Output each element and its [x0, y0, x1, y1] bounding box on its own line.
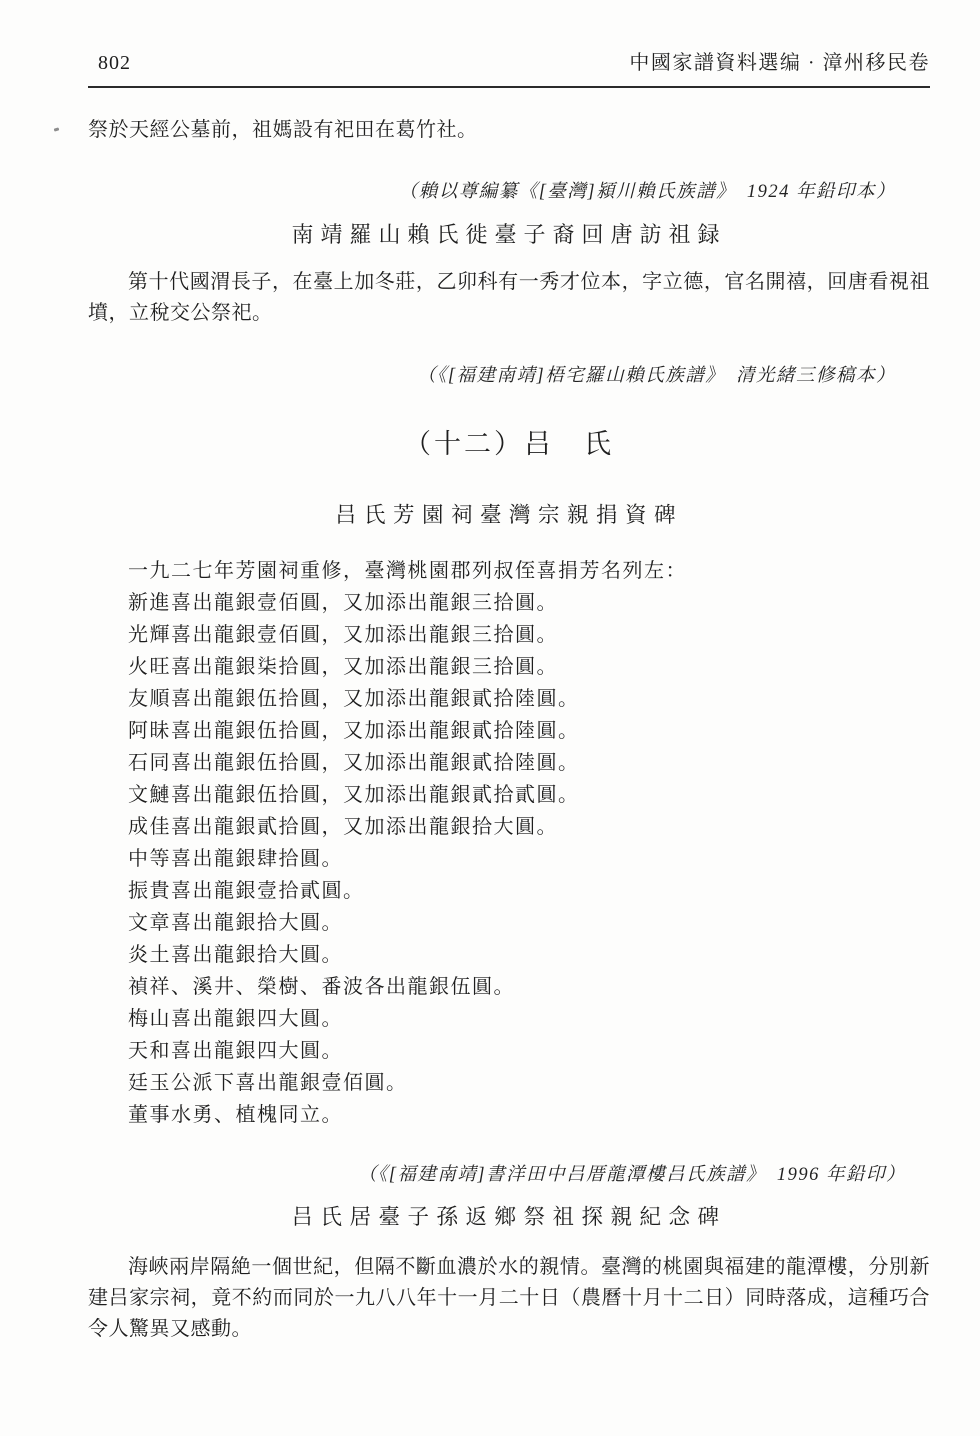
donation-line: 梅山喜出龍銀四大圓。	[128, 1003, 930, 1035]
donation-line: 董事水勇、植槐同立。	[128, 1099, 930, 1131]
donation-line: 文鰱喜出龍銀伍拾圓，又加添出龍銀貳拾貳圓。	[128, 779, 930, 811]
donation-line: 振貴喜出龍銀壹拾貳圓。	[128, 875, 930, 907]
donation-line: 友順喜出龍銀伍拾圓，又加添出龍銀貳拾陸圓。	[128, 683, 930, 715]
donation-line: 中等喜出龍銀肆拾圓。	[128, 843, 930, 875]
donation-line: 光輝喜出龍銀壹佰圓，又加添出龍銀三拾圓。	[128, 619, 930, 651]
lai-record-title: 南靖羅山賴氏徙臺子裔回唐訪祖録	[88, 218, 930, 252]
page-number: 802	[98, 52, 131, 75]
donation-line: 石同喜出龍銀伍拾圓，又加添出龍銀貳拾陸圓。	[128, 747, 930, 779]
donation-line: 阿昧喜出龍銀伍拾圓，又加添出龍銀貳拾陸圓。	[128, 715, 930, 747]
donation-line: 火旺喜出龍銀柒拾圓，又加添出龍銀三拾圓。	[128, 651, 930, 683]
source-citation-1: （賴以尊編纂《[臺灣]潁川賴氏族譜》 1924 年鉛印本）	[88, 177, 930, 203]
source-citation-3: （《[福建南靖]書洋田中吕厝龍潭樓吕氏族譜》 1996 年鉛印）	[88, 1160, 930, 1186]
donation-intro-line: 一九二七年芳園祠重修，臺灣桃園郡列叔侄喜捐芳名列左：	[128, 555, 930, 587]
donation-line: 廷玉公派下喜出龍銀壹佰圓。	[128, 1067, 930, 1099]
donation-line: 炎土喜出龍銀拾大圓。	[128, 939, 930, 971]
intro-paragraph: 祭於天經公墓前，祖媽設有祀田在葛竹社。	[88, 115, 930, 146]
lv-clan-chapter-title: （十二）吕 氏	[88, 424, 930, 464]
donation-line: 新進喜出龍銀壹佰圓，又加添出龍銀三拾圓。	[128, 587, 930, 619]
donation-list: 新進喜出龍銀壹佰圓，又加添出龍銀三拾圓。光輝喜出龍銀壹佰圓，又加添出龍銀三拾圓。…	[128, 587, 930, 1131]
book-title: 中國家譜資料選编 · 漳州移民卷	[629, 46, 930, 75]
header-rule	[88, 86, 930, 88]
book-page: 802 中國家譜資料選编 · 漳州移民卷 祭於天經公墓前，祖媽設有祀田在葛竹社。…	[0, 0, 980, 1436]
stele-title-donation: 吕氏芳園祠臺灣宗親捐資碑	[88, 499, 930, 531]
source-citation-2: （《[福建南靖]梧宅羅山賴氏族譜》 清光緒三修稿本）	[88, 361, 930, 387]
stele-title-memorial: 吕氏居臺子孫返鄉祭祖探親紀念碑	[88, 1201, 930, 1233]
lai-record-paragraph: 第十代國渭長子，在臺上加冬莊，乙卯科有一秀才位本，字立德，官名開禧，回唐看視祖墳…	[88, 267, 930, 329]
running-head: 802 中國家譜資料選编 · 漳州移民卷	[88, 46, 930, 75]
donation-line: 禎祥、溪井、榮樹、番波各出龍銀伍圓。	[128, 971, 930, 1003]
donation-line: 成佳喜出龍銀貳拾圓，又加添出龍銀拾大圓。	[128, 811, 930, 843]
donation-line: 文章喜出龍銀拾大圓。	[128, 907, 930, 939]
donation-block: 一九二七年芳園祠重修，臺灣桃園郡列叔侄喜捐芳名列左： 新進喜出龍銀壹佰圓，又加添…	[88, 555, 930, 1131]
memorial-paragraph: 海峽兩岸隔絶一個世紀，但隔不斷血濃於水的親情。臺灣的桃園與福建的龍潭樓，分別新建…	[88, 1252, 930, 1345]
scan-speck-mark	[54, 127, 60, 131]
donation-line: 天和喜出龍銀四大圓。	[128, 1035, 930, 1067]
